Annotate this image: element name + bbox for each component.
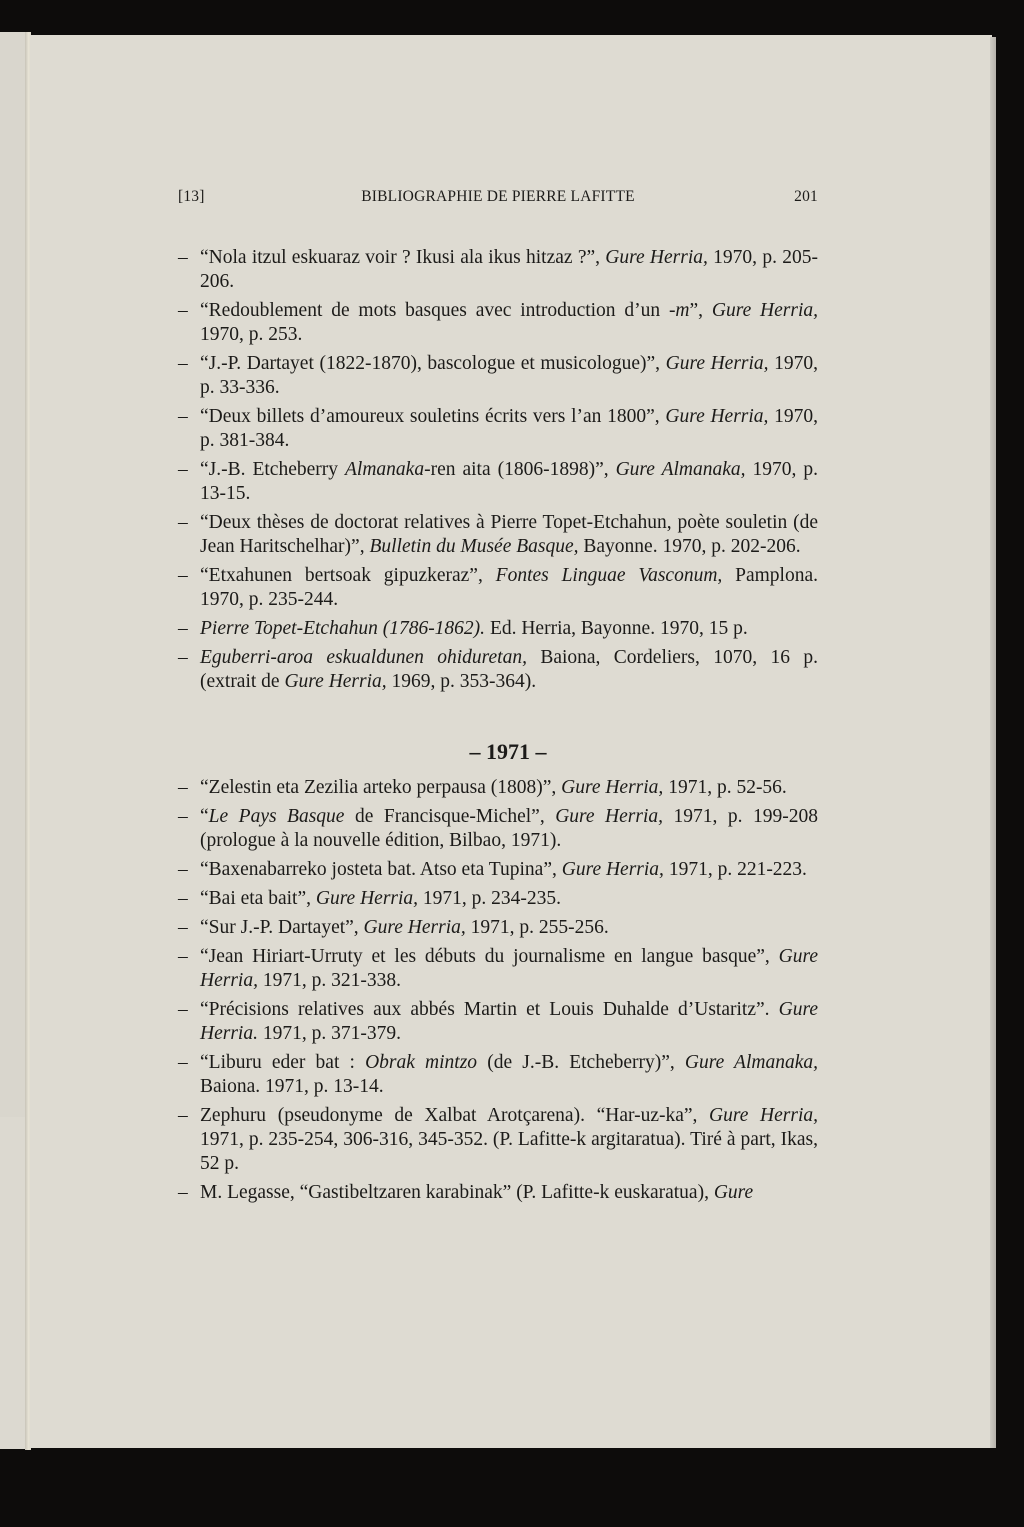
entry-italic-title: Gure [714, 1182, 753, 1203]
entry-text: “Etxahunen bertsoak gipuzkeraz”, [200, 565, 496, 586]
entry-text: “Nola itzul eskuaraz voir ? Ikusi ala ik… [200, 247, 605, 268]
bibliography-entry: –“Le Pays Basque de Francisque-Michel”, … [178, 805, 818, 853]
entry-text: “Précisions relatives aux abbés Martin e… [200, 999, 779, 1020]
entry-text: -ren aita (1806-1898)”, [424, 459, 616, 480]
entry-dash: – [178, 1181, 188, 1205]
entry-italic-title: Gure Herria, [709, 1105, 818, 1126]
entry-italic-title: Gure Herria, [561, 777, 663, 798]
entry-dash: – [178, 246, 188, 270]
entry-dash: – [178, 564, 188, 588]
entry-italic-title: Gure Almanaka, [616, 459, 746, 480]
entry-text: 1971, p. 52-56. [663, 777, 787, 798]
bibliography-entry: –“J.-B. Etcheberry Almanaka-ren aita (18… [178, 458, 818, 506]
entry-italic-title: Le Pays Basque [209, 806, 345, 827]
running-title: BIBLIOGRAPHIE DE PIERRE LAFITTE [178, 188, 818, 206]
entry-dash: – [178, 299, 188, 323]
entry-dash: – [178, 805, 188, 829]
entry-italic-title: Gure Almanaka, [685, 1052, 818, 1073]
bibliography-entry: –“Deux thèses de doctorat relatives à Pi… [178, 511, 818, 559]
bibliography-entry: –“Sur J.-P. Dartayet”, Gure Herria, 1971… [178, 916, 818, 940]
entry-dash: – [178, 458, 188, 482]
entry-dash: – [178, 1051, 188, 1075]
entry-text: “Bai eta bait”, [200, 888, 316, 909]
bibliography-entry: –“Deux billets d’amoureux souletins écri… [178, 405, 818, 453]
entry-text: 1971, p. 235-254, 306-316, 345-352. (P. … [200, 1129, 818, 1174]
bibliography-list: –“Nola itzul eskuaraz voir ? Ikusi ala i… [178, 246, 818, 1210]
entry-text: 1971, p. 371-379. [258, 1023, 401, 1044]
entry-italic-title: Gure Herria, [284, 671, 386, 692]
entry-text: Bayonne. 1970, p. 202-206. [579, 536, 801, 557]
entry-dash: – [178, 617, 188, 641]
bibliography-entry: –“Redoublement de mots basques avec intr… [178, 299, 818, 347]
entry-italic-title: -m [669, 300, 690, 321]
entry-text: ”, [690, 300, 712, 321]
entry-text: “Liburu eder bat : [200, 1052, 365, 1073]
entry-dash: – [178, 887, 188, 911]
entries-1971: –“Zelestin eta Zezilia arteko perpausa (… [178, 776, 818, 1205]
running-header: [13] BIBLIOGRAPHIE DE PIERRE LAFITTE 201 [178, 188, 818, 210]
entry-dash: – [178, 945, 188, 969]
entry-dash: – [178, 405, 188, 429]
left-page-edge [0, 32, 28, 1117]
entry-text: M. Legasse, “Gastibeltzaren karabinak” (… [200, 1182, 714, 1203]
entry-dash: – [178, 916, 188, 940]
bibliography-entry: –“Précisions relatives aux abbés Martin … [178, 998, 818, 1046]
bibliography-entry: –Zephuru (pseudonyme de Xalbat Arotçaren… [178, 1104, 818, 1176]
entry-italic-title: Gure Herria, [364, 917, 466, 938]
entry-text: Ed. Herria, Bayonne. 1970, 15 p. [485, 618, 748, 639]
entry-italic-title: Bulletin du Musée Basque, [369, 536, 578, 557]
entry-text: 1970, p. 253. [200, 324, 302, 345]
bibliography-entry: –M. Legasse, “Gastibeltzaren karabinak” … [178, 1181, 818, 1205]
entry-text: “Zelestin eta Zezilia arteko perpausa (1… [200, 777, 561, 798]
entry-text: “Baxenabarreko josteta bat. Atso eta Tup… [200, 859, 562, 880]
entry-italic-title: Obrak mintzo [365, 1052, 477, 1073]
bibliography-entry: –Pierre Topet-Etchahun (1786-1862). Ed. … [178, 617, 818, 641]
entry-text: 1971, p. 255-256. [466, 917, 609, 938]
entry-text: Baiona. 1971, p. 13-14. [200, 1076, 384, 1097]
entry-italic-title: Gure Herria, [605, 247, 708, 268]
year-heading-1971: – 1971 – [178, 740, 818, 764]
entry-italic-title: Fontes Linguae Vasconum, [496, 565, 723, 586]
entry-italic-title: Gure Herria, [562, 859, 664, 880]
entry-dash: – [178, 1104, 188, 1128]
entry-italic-title: Almanaka [345, 459, 424, 480]
entry-italic-title: Gure Herria, [316, 888, 418, 909]
bibliography-entry: –“J.-P. Dartayet (1822-1870), bascologue… [178, 352, 818, 400]
entry-italic-title: Gure Herria, [712, 300, 818, 321]
bibliography-entry: –“Etxahunen bertsoak gipuzkeraz”, Fontes… [178, 564, 818, 612]
entry-text: 1969, p. 353-364). [387, 671, 537, 692]
entry-text: “Redoublement de mots basques avec intro… [200, 300, 669, 321]
entry-dash: – [178, 998, 188, 1022]
entry-text: 1971, p. 234-235. [418, 888, 561, 909]
entry-text: “Sur J.-P. Dartayet”, [200, 917, 364, 938]
entry-text: de Francisque-Michel”, [344, 806, 555, 827]
entry-dash: – [178, 776, 188, 800]
bibliography-entry: –Eguberri-aroa eskualdunen ohiduretan, B… [178, 646, 818, 694]
entry-italic-title: Gure Herria, [555, 806, 663, 827]
entry-dash: – [178, 511, 188, 535]
entry-text: “Jean Hiriart-Urruty et les débuts du jo… [200, 946, 779, 967]
entry-dash: – [178, 352, 188, 376]
bibliography-entry: –“Liburu eder bat : Obrak mintzo (de J.-… [178, 1051, 818, 1099]
entry-dash: – [178, 858, 188, 882]
entry-text: 1971, p. 221-223. [664, 859, 807, 880]
bibliography-entry: –“Nola itzul eskuaraz voir ? Ikusi ala i… [178, 246, 818, 294]
entry-italic-title: Pierre Topet-Etchahun (1786-1862). [200, 618, 485, 639]
entry-text: “ [200, 806, 209, 827]
entry-text: 1971, p. 321-338. [258, 970, 401, 991]
left-page-edge-lower [0, 1117, 28, 1449]
entry-text: “Deux billets d’amoureux souletins écrit… [200, 406, 665, 427]
bibliography-entry: –“Zelestin eta Zezilia arteko perpausa (… [178, 776, 818, 800]
entry-italic-title: Gure Herria, [665, 406, 768, 427]
entry-text: “J.-B. Etcheberry [200, 459, 345, 480]
bibliography-entry: –“Baxenabarreko josteta bat. Atso eta Tu… [178, 858, 818, 882]
entry-italic-title: Eguberri-aroa eskualdunen ohiduretan, [200, 647, 527, 668]
entry-text: (de J.-B. Etcheberry)”, [477, 1052, 685, 1073]
entry-text: Zephuru (pseudonyme de Xalbat Arotçarena… [200, 1105, 709, 1126]
page-number: 201 [794, 188, 818, 206]
entry-italic-title: Gure Herria, [666, 353, 769, 374]
entry-dash: – [178, 646, 188, 670]
entries-1970: –“Nola itzul eskuaraz voir ? Ikusi ala i… [178, 246, 818, 694]
entry-text: “J.-P. Dartayet (1822-1870), bascologue … [200, 353, 666, 374]
bibliography-entry: –“Jean Hiriart-Urruty et les débuts du j… [178, 945, 818, 993]
bibliography-entry: –“Bai eta bait”, Gure Herria, 1971, p. 2… [178, 887, 818, 911]
page-stack-edge [990, 37, 996, 1448]
